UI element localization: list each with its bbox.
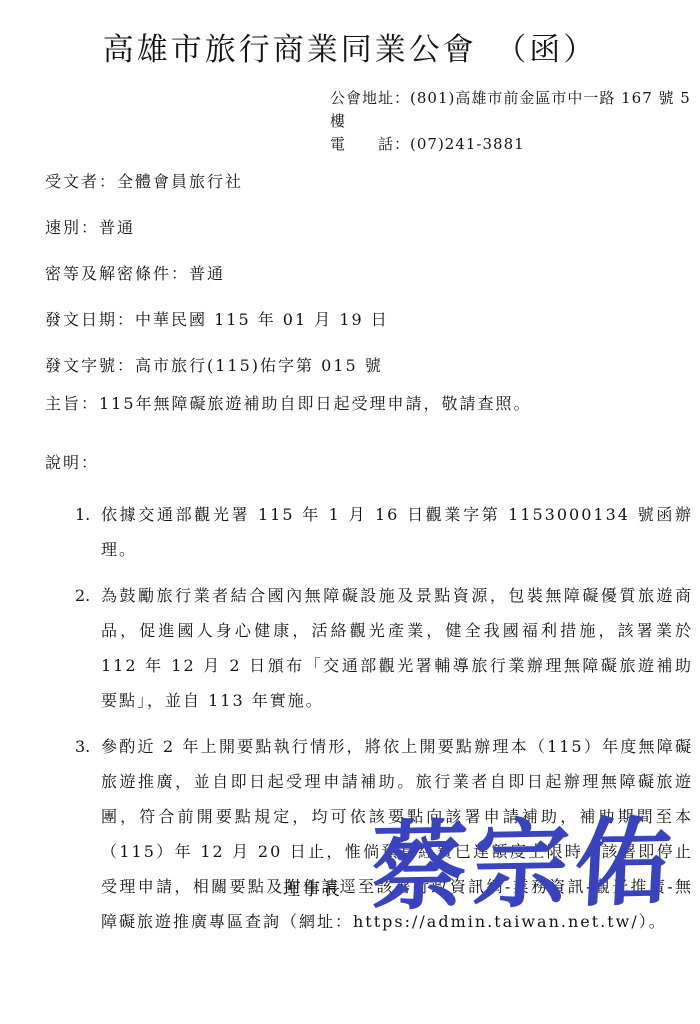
list-item-number: 2. [75,578,101,613]
list-item: 1. 依據交通部觀光署 115 年 1 月 16 日觀業字第 115300013… [75,497,693,567]
recipient-line: 受文者：全體會員旅行社 [45,169,700,192]
security-line: 密等及解密條件：普通 [45,261,700,284]
explanation-label: 說明： [45,450,700,473]
list-item: 2. 為鼓勵旅行業者結合國內無障礙設施及景點資源，包裝無障礙優質旅遊商品，促進國… [75,578,693,718]
signature-role-label: 理事長 [283,875,343,900]
document-page: 高雄市旅行商業同業公會 （函） 公會地址：(801)高雄市前金區市中一路 167… [0,0,700,1024]
subject-line: 主旨：115年無障礙旅遊補助自即日起受理申請，敬請查照。 [45,391,700,414]
issue-date-line: 發文日期：中華民國 115 年 01 月 19 日 [45,307,700,330]
page-title: 高雄市旅行商業同業公會 （函） [0,24,700,69]
association-address: 公會地址：(801)高雄市前金區市中一路 167 號 5 樓 [330,87,700,133]
list-item-text: 為鼓勵旅行業者結合國內無障礙設施及景點資源，包裝無障礙優質旅遊商品，促進國人身心… [101,578,693,718]
signature-block: 理事長 蔡宗佑 [283,812,677,918]
list-item-text: 依據交通部觀光署 115 年 1 月 16 日觀業字第 1153000134 號… [101,497,693,567]
list-item-number: 1. [75,497,101,532]
meta-block: 受文者：全體會員旅行社 速別：普通 密等及解密條件：普通 發文日期：中華民國 1… [45,169,700,414]
chairman-signature: 蔡宗佑 [368,809,680,920]
list-item-number: 3. [75,729,101,764]
priority-line: 速別：普通 [45,215,700,238]
association-phone: 電 話：(07)241-3881 [330,133,700,156]
contact-block: 公會地址：(801)高雄市前金區市中一路 167 號 5 樓 電 話：(07)2… [330,87,700,156]
doc-number-line: 發文字號：高市旅行(115)佑字第 015 號 [45,353,700,376]
